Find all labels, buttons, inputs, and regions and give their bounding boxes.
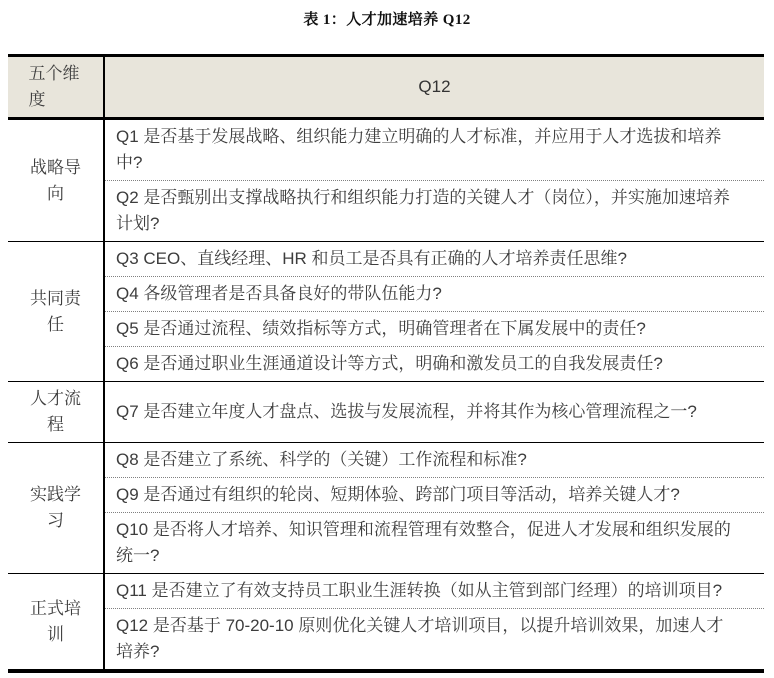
dimension-label: 人才流程	[29, 386, 83, 438]
question-text: Q7 是否建立年度人才盘点、选拔与发展流程，并将其作为核心管理流程之一?	[116, 399, 736, 425]
table-caption: 表 1：人才加速培养 Q12	[0, 0, 774, 29]
header-cell-q12: Q12	[105, 57, 764, 117]
question-row-q3: Q3 CEO、直线经理、HR 和员工是否具有正确的人才培养责任思维?	[105, 242, 764, 276]
question-text: Q10 是否将人才培养、知识管理和流程管理有效整合，促进人才发展和组织发展的统一…	[116, 517, 736, 569]
question-text: Q8 是否建立了系统、科学的（关键）工作流程和标准?	[116, 447, 736, 473]
questions-column: Q3 CEO、直线经理、HR 和员工是否具有正确的人才培养责任思维? Q4 各级…	[105, 242, 764, 381]
questions-column: Q11 是否建立了有效支持员工职业生涯转换（如从主管到部门经理）的培训项目? Q…	[105, 574, 764, 669]
dimension-cell: 正式培训	[8, 574, 105, 669]
dimension-label: 共同责任	[29, 286, 83, 338]
question-row-q12: Q12 是否基于 70-20-10 原则优化关键人才培训项目，以提升培训效果，加…	[105, 608, 764, 669]
question-row-q8: Q8 是否建立了系统、科学的（关键）工作流程和标准?	[105, 443, 764, 477]
question-row-q4: Q4 各级管理者是否具备良好的带队伍能力?	[105, 276, 764, 311]
question-text: Q2 是否甄别出支撑战略执行和组织能力打造的关键人才（岗位），并实施加速培养计划…	[116, 185, 736, 237]
dimension-label: 战略导向	[29, 155, 83, 207]
question-text: Q9 是否通过有组织的轮岗、短期体验、跨部门项目等活动，培养关键人才?	[116, 482, 736, 508]
header-dimensions-label: 五个维度	[29, 61, 83, 113]
question-text: Q12 是否基于 70-20-10 原则优化关键人才培训项目，以提升培训效果，加…	[116, 613, 736, 665]
questions-column: Q7 是否建立年度人才盘点、选拔与发展流程，并将其作为核心管理流程之一?	[105, 382, 764, 442]
dimension-group-practice-learning: 实践学习 Q8 是否建立了系统、科学的（关键）工作流程和标准? Q9 是否通过有…	[8, 442, 764, 573]
question-text: Q1 是否基于发展战略、组织能力建立明确的人才标准，并应用于人才选拔和培养中?	[116, 124, 736, 176]
question-text: Q3 CEO、直线经理、HR 和员工是否具有正确的人才培养责任思维?	[116, 246, 736, 272]
question-row-q5: Q5 是否通过流程、绩效指标等方式，明确管理者在下属发展中的责任?	[105, 311, 764, 346]
question-row-q10: Q10 是否将人才培养、知识管理和流程管理有效整合，促进人才发展和组织发展的统一…	[105, 512, 764, 573]
dimension-cell: 战略导向	[8, 120, 105, 241]
page: 表 1：人才加速培养 Q12 五个维度 Q12 战略导向 Q1 是否基于发展战略…	[0, 0, 774, 673]
question-row-q2: Q2 是否甄别出支撑战略执行和组织能力打造的关键人才（岗位），并实施加速培养计划…	[105, 180, 764, 241]
question-row-q9: Q9 是否通过有组织的轮岗、短期体验、跨部门项目等活动，培养关键人才?	[105, 477, 764, 512]
question-row-q1: Q1 是否基于发展战略、组织能力建立明确的人才标准，并应用于人才选拔和培养中?	[105, 120, 764, 180]
dimension-group-strategy-orientation: 战略导向 Q1 是否基于发展战略、组织能力建立明确的人才标准，并应用于人才选拔和…	[8, 120, 764, 241]
dimension-group-shared-responsibility: 共同责任 Q3 CEO、直线经理、HR 和员工是否具有正确的人才培养责任思维? …	[8, 241, 764, 381]
questions-column: Q8 是否建立了系统、科学的（关键）工作流程和标准? Q9 是否通过有组织的轮岗…	[105, 443, 764, 573]
dimension-label: 实践学习	[29, 482, 83, 534]
question-text: Q11 是否建立了有效支持员工职业生涯转换（如从主管到部门经理）的培训项目?	[116, 578, 736, 604]
dimension-label: 正式培训	[29, 596, 83, 648]
table-header-row: 五个维度 Q12	[8, 57, 764, 120]
dimensions-table: 五个维度 Q12 战略导向 Q1 是否基于发展战略、组织能力建立明确的人才标准，…	[8, 54, 764, 673]
questions-column: Q1 是否基于发展战略、组织能力建立明确的人才标准，并应用于人才选拔和培养中? …	[105, 120, 764, 241]
question-row-q11: Q11 是否建立了有效支持员工职业生涯转换（如从主管到部门经理）的培训项目?	[105, 574, 764, 608]
header-q12-label: Q12	[418, 77, 450, 97]
question-text: Q5 是否通过流程、绩效指标等方式，明确管理者在下属发展中的责任?	[116, 316, 736, 342]
dimension-cell: 实践学习	[8, 443, 105, 573]
question-row-q6: Q6 是否通过职业生涯通道设计等方式，明确和激发员工的自我发展责任?	[105, 346, 764, 381]
question-text: Q4 各级管理者是否具备良好的带队伍能力?	[116, 281, 736, 307]
question-row-q7: Q7 是否建立年度人才盘点、选拔与发展流程，并将其作为核心管理流程之一?	[105, 395, 764, 429]
header-cell-dimensions: 五个维度	[8, 57, 105, 117]
dimension-group-talent-process: 人才流程 Q7 是否建立年度人才盘点、选拔与发展流程，并将其作为核心管理流程之一…	[8, 381, 764, 442]
dimension-cell: 共同责任	[8, 242, 105, 381]
dimension-group-formal-training: 正式培训 Q11 是否建立了有效支持员工职业生涯转换（如从主管到部门经理）的培训…	[8, 573, 764, 669]
question-text: Q6 是否通过职业生涯通道设计等方式，明确和激发员工的自我发展责任?	[116, 351, 736, 377]
dimension-cell: 人才流程	[8, 382, 105, 442]
